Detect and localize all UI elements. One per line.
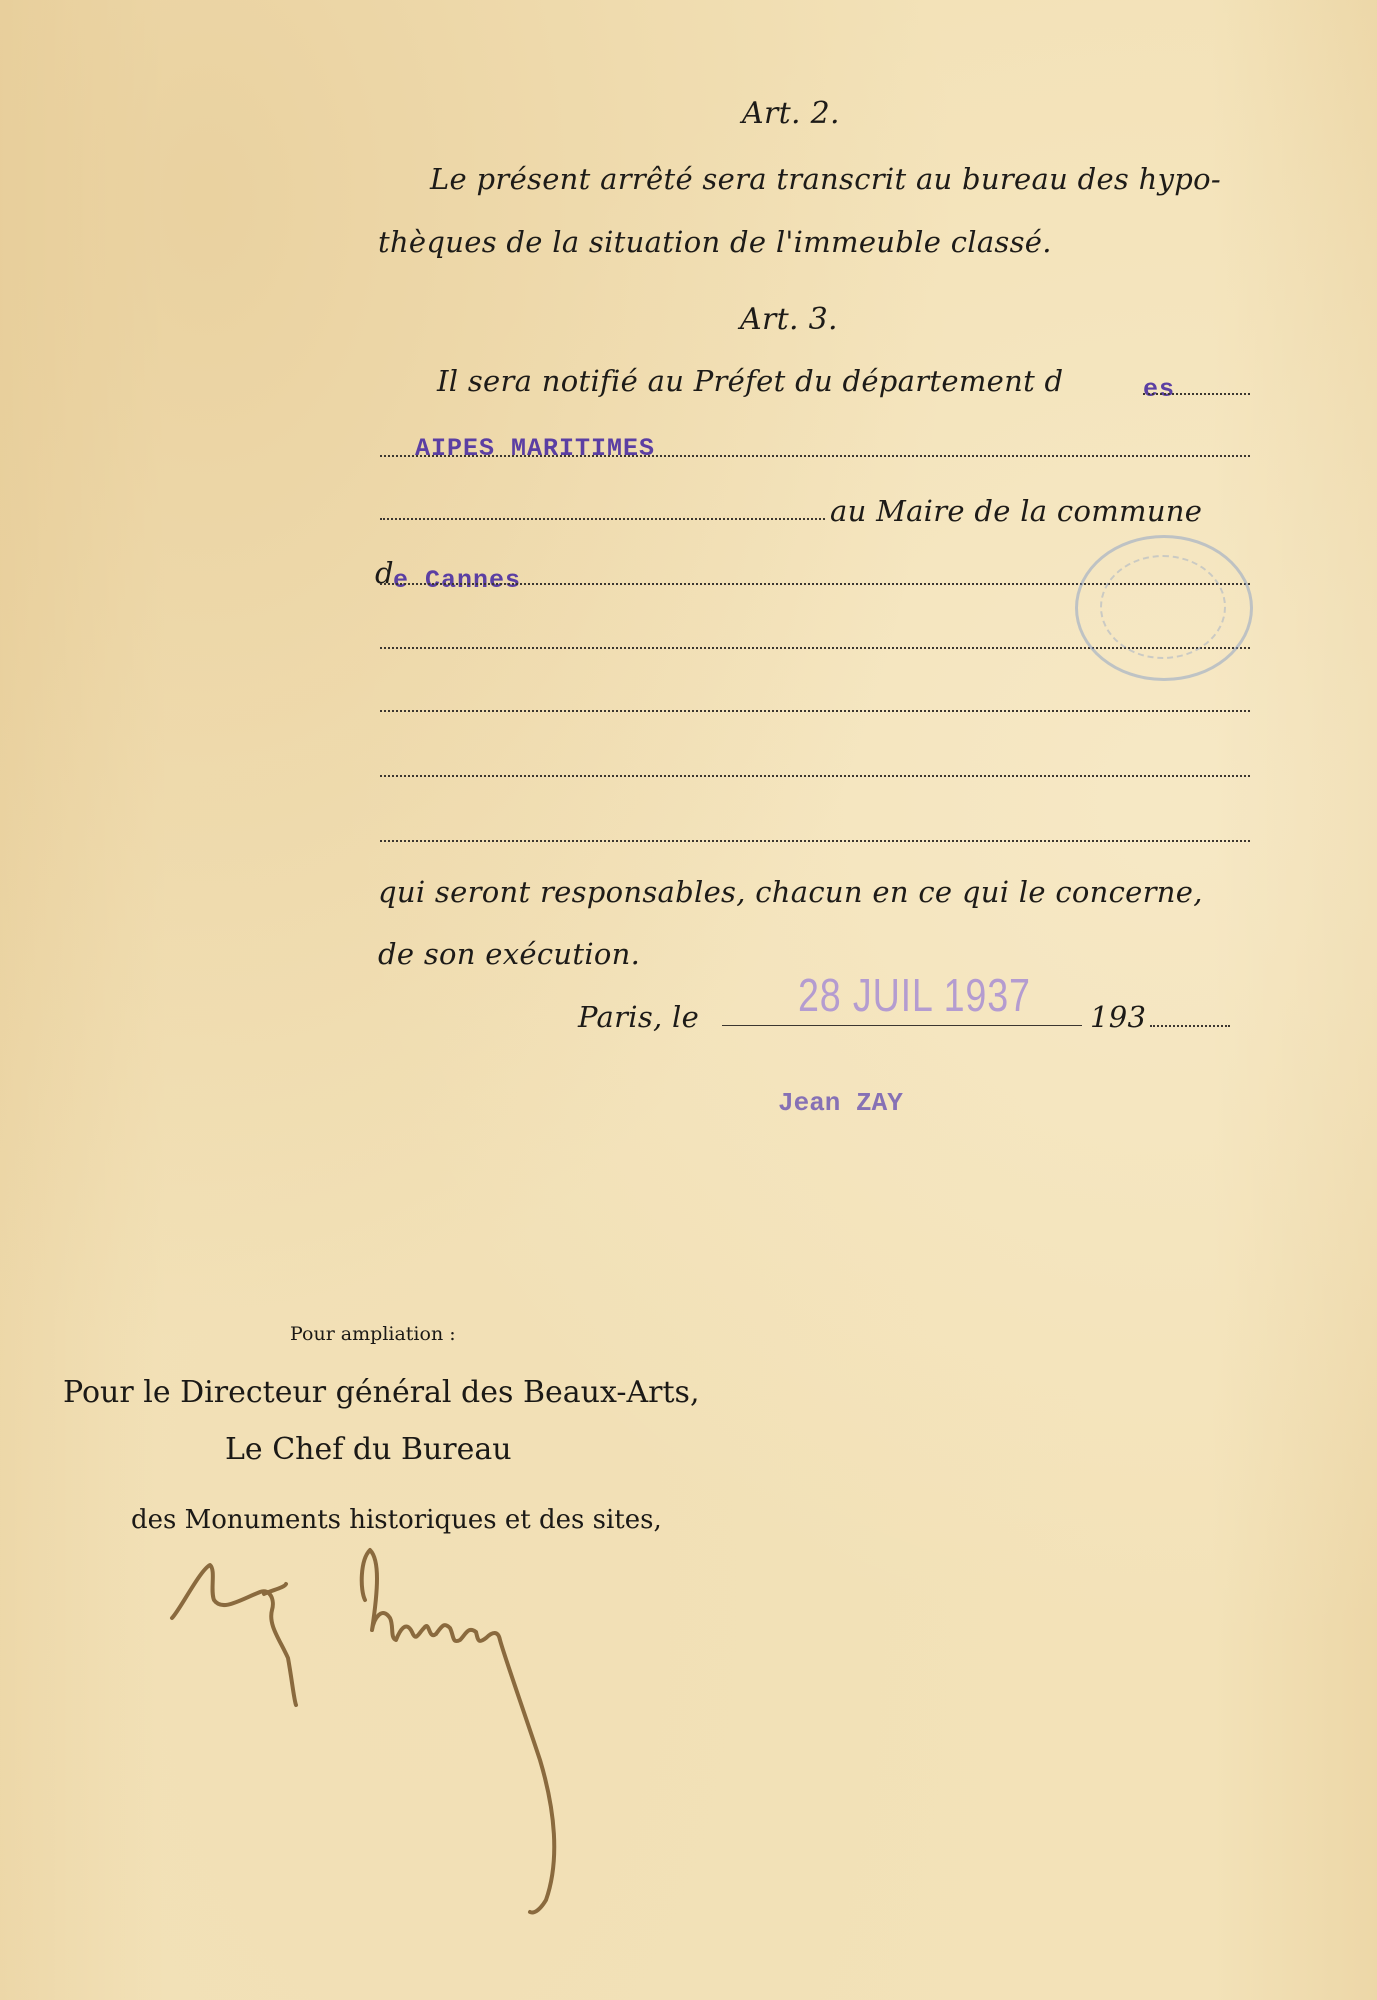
article-2-heading: Art. 2. (742, 96, 840, 131)
article-3-line-3: au Maire de la commune (830, 494, 1202, 528)
article-3-heading: Art. 3. (740, 302, 838, 337)
dateline-prefix: Paris, le (578, 1000, 699, 1034)
fill-line (380, 455, 1250, 457)
year-fill-line (1150, 1025, 1230, 1027)
dateline-year: 193 (1090, 1000, 1146, 1034)
typed-department-suffix: es (1143, 375, 1175, 404)
fill-line (380, 710, 1250, 712)
closing-line-1: qui seront responsables, chacun en ce qu… (378, 875, 1203, 909)
typed-commune-name: e Cannes (393, 566, 521, 595)
date-fill-line (722, 1025, 1082, 1026)
minister-name-stamp: Jean ZAY (778, 1088, 903, 1118)
article-2-line-1: Le présent arrêté sera transcrit au bure… (430, 162, 1221, 196)
article-3-line-1: Il sera notifié au Préfet du département… (437, 364, 1063, 398)
ampliation-line-2: Le Chef du Bureau (225, 1432, 512, 1467)
typed-department-name: AIPES MARITIMES (415, 434, 655, 463)
ampliation-label: Pour ampliation : (290, 1323, 456, 1345)
article-2-line-2: thèques de la situation de l'immeuble cl… (378, 225, 1052, 259)
closing-line-2: de son exécution. (378, 937, 640, 971)
fill-line (380, 840, 1250, 842)
ampliation-line-1: Pour le Directeur général des Beaux-Arts… (63, 1375, 699, 1410)
fill-line (380, 518, 825, 520)
handwritten-signature (160, 1530, 620, 1930)
fill-line (380, 775, 1250, 777)
official-seal-inner-ring (1100, 555, 1226, 659)
fill-line (1143, 393, 1250, 395)
date-stamp: 28 JUIL 1937 (798, 968, 1031, 1022)
